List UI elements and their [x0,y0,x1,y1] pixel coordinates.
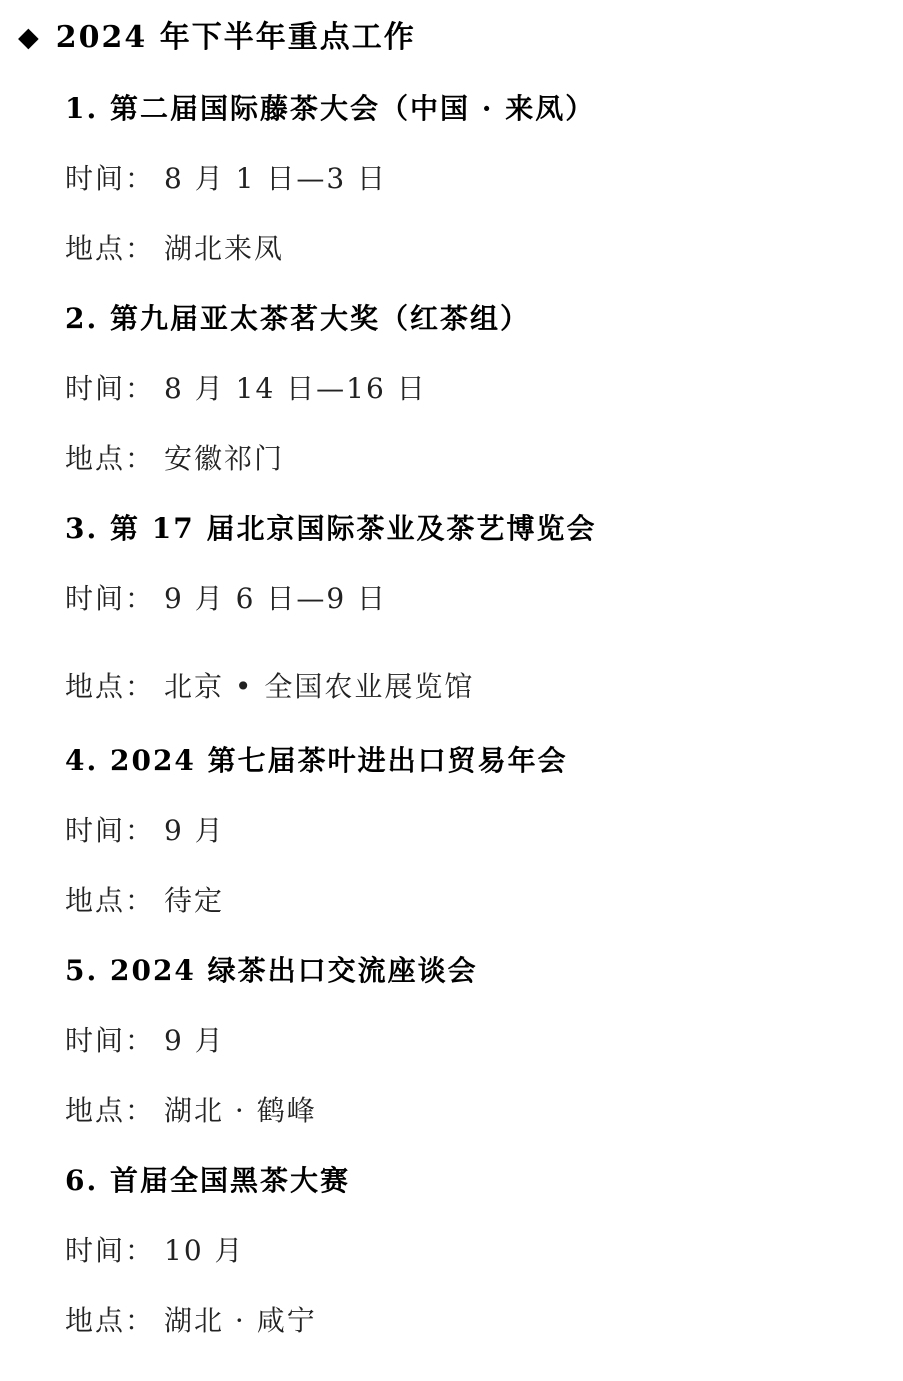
time-line: 时间：8 月 1 日—3 日 [65,165,873,193]
location-value: 待定 [155,884,224,917]
time-value: 8 月 14 日—16 日 [155,372,427,405]
location-value: 安徽祁门 [155,442,284,475]
time-label: 时间： [65,1024,155,1057]
location-value: 湖北 · 咸宁 [155,1304,317,1337]
page-title: ◆ 2024 年下半年重点工作 [18,22,873,54]
event-title: 5. 2024 绿茶出口交流座谈会 [65,957,873,985]
page-title-text: 2024 年下半年重点工作 [56,22,416,54]
time-label: 时间： [65,582,155,615]
location-line: 地点：湖北来凤 [65,235,873,263]
time-line: 时间：10 月 [65,1237,873,1265]
time-value: 9 月 6 日—9 日 [155,582,387,615]
location-line: 地点：湖北 · 咸宁 [65,1307,873,1335]
location-label: 地点： [65,442,155,475]
time-value: 8 月 1 日—3 日 [155,162,387,195]
event-title: 6. 首届全国黑茶大赛 [65,1167,873,1195]
time-line: 时间：8 月 14 日—16 日 [65,375,873,403]
event-title: 2. 第九届亚太茶茗大奖（红茶组） [65,305,873,333]
location-label: 地点： [65,232,155,265]
location-value: 湖北来凤 [155,232,284,265]
event-title: 3. 第 17 届北京国际茶业及茶艺博览会 [65,515,873,543]
location-label: 地点： [65,1304,155,1337]
location-line: 地点：北京 • 全国农业展览馆 [65,673,873,701]
event-title: 1. 第二届国际藤茶大会（中国 · 来凤） [65,95,873,123]
time-value: 9 月 [155,1024,225,1057]
location-label: 地点： [65,670,155,703]
location-line: 地点：安徽祁门 [65,445,873,473]
time-label: 时间： [65,372,155,405]
time-line: 时间：9 月 [65,817,873,845]
location-label: 地点： [65,1094,155,1127]
location-value: 湖北 · 鹤峰 [155,1094,317,1127]
document-page: ◆ 2024 年下半年重点工作 1. 第二届国际藤茶大会（中国 · 来凤） 时间… [0,0,903,1381]
time-label: 时间： [65,1234,155,1267]
location-value: 北京 • 全国农业展览馆 [155,670,474,703]
location-label: 地点： [65,884,155,917]
time-label: 时间： [65,162,155,195]
time-line: 时间：9 月 [65,1027,873,1055]
location-line: 地点：湖北 · 鹤峰 [65,1097,873,1125]
event-title: 4. 2024 第七届茶叶进出口贸易年会 [65,747,873,775]
time-value: 9 月 [155,814,225,847]
diamond-bullet-icon: ◆ [18,22,41,54]
time-line: 时间：9 月 6 日—9 日 [65,585,873,613]
time-label: 时间： [65,814,155,847]
event-list: 1. 第二届国际藤茶大会（中国 · 来凤） 时间：8 月 1 日—3 日 地点：… [65,95,873,1335]
time-value: 10 月 [155,1234,245,1267]
location-line: 地点：待定 [65,887,873,915]
